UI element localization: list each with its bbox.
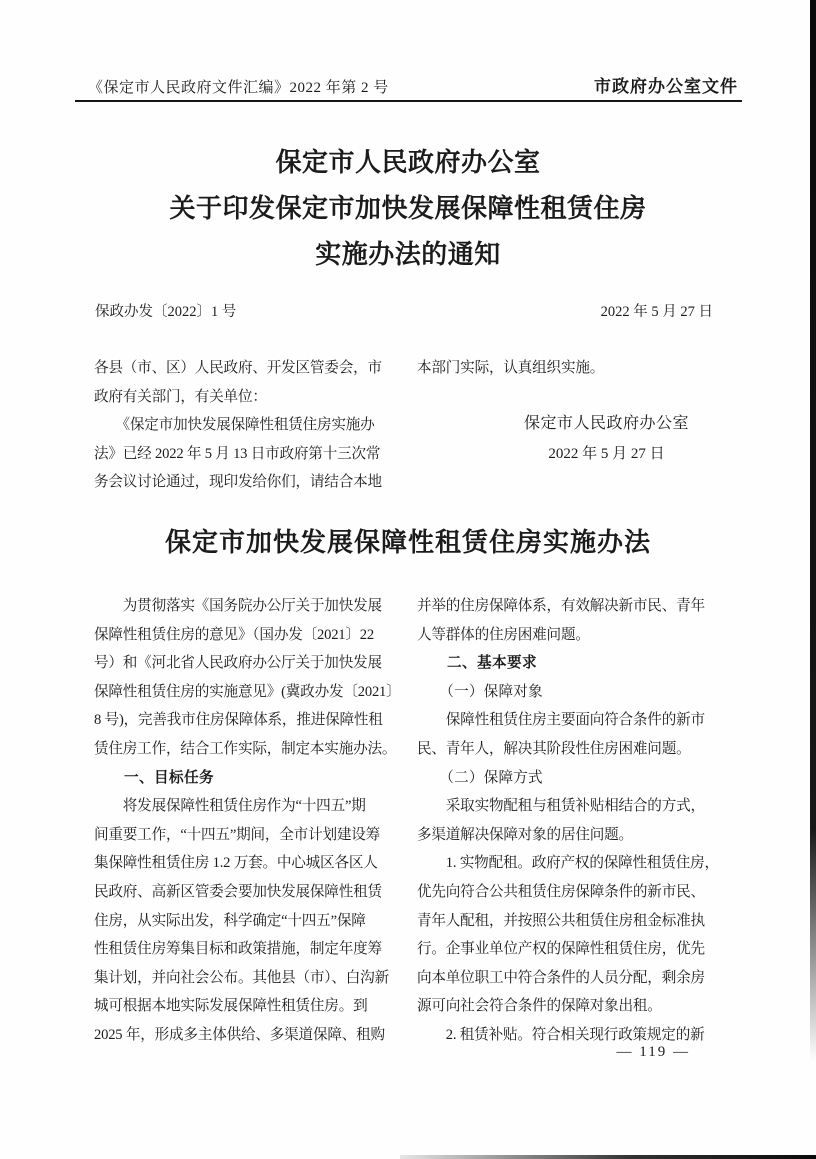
page-number: — 119 —	[617, 1044, 690, 1061]
text-line: 行。企事业单位产权的保障性租赁住房，优先	[417, 935, 723, 964]
compilation-volume-label: 《保定市人民政府文件汇编》2022 年第 2 号	[88, 76, 389, 97]
text-line: 1. 实物配租。政府产权的保障性租赁住房，	[417, 849, 723, 878]
text-line: 人等群体的住房困难问题。	[417, 621, 723, 650]
text-line: 各县（市、区）人民政府、开发区管委会，市	[94, 354, 400, 383]
text-line: 青年人配租，并按照公共租赁住房租金标准执	[417, 907, 723, 936]
measures-column-right: 并举的住房保障体系，有效解决新市民、青年人等群体的住房困难问题。 二、基本要求 …	[417, 592, 723, 1050]
text-line: 《保定市加快发展保障性租赁住房实施办	[94, 411, 400, 440]
scan-edge-artifact-right	[810, 0, 816, 1062]
text-line: 务会议讨论通过，现印发给你们，请结合本地	[94, 468, 400, 497]
text-line: 集计划，并向社会公布。其他县（市）、白沟新	[94, 964, 400, 993]
text-line: 2025 年，形成多主体供给、多渠道保障、租购	[94, 1021, 400, 1050]
text-line: 多渠道解决保障对象的居住问题。	[417, 821, 723, 850]
doc-date: 2022 年 5 月 27 日	[601, 300, 713, 321]
notice-column-left: 各县（市、区）人民政府、开发区管委会，市政府有关部门，有关单位： 《保定市加快发…	[94, 354, 400, 497]
text-line: 本部门实际，认真组织实施。	[417, 354, 723, 383]
text-line: 8 号)，完善我市住房保障体系，推进保障性租	[94, 706, 400, 735]
text-line: 并举的住房保障体系，有效解决新市民、青年	[417, 592, 723, 621]
text-line: 优先向符合公共租赁住房保障条件的新市民、	[417, 878, 723, 907]
page-header: 《保定市人民政府文件汇编》2022 年第 2 号 市政府办公室文件	[88, 72, 738, 97]
doc-number-row: 保政办发〔2022〕1 号 2022 年 5 月 27 日	[95, 300, 713, 321]
notice-body: 各县（市、区）人民政府、开发区管委会，市政府有关部门，有关单位： 《保定市加快发…	[94, 354, 723, 497]
text-line: 城可根据本地实际发展保障性租赁住房。到	[94, 992, 400, 1021]
text-line: （一）保障对象	[417, 678, 723, 707]
notice-title: 保定市人民政府办公室关于印发保定市加快发展保障性租赁住房实施办法的通知	[0, 140, 816, 278]
text-line: 民、青年人，解决其阶段性住房困难问题。	[417, 735, 723, 764]
scan-edge-artifact-bottom	[400, 1155, 816, 1159]
signature-block: 保定市人民政府办公室 2022 年 5 月 27 日	[524, 409, 689, 469]
text-line: 集保障性租赁住房 1.2 万套。中心城区各区人	[94, 849, 400, 878]
signature-org: 保定市人民政府办公室	[524, 409, 689, 439]
measures-body: 为贯彻落实《国务院办公厅关于加快发展保障性租赁住房的意见》（国办发〔2021〕2…	[94, 592, 723, 1050]
measures-column-left: 为贯彻落实《国务院办公厅关于加快发展保障性租赁住房的意见》（国办发〔2021〕2…	[94, 592, 400, 1050]
measures-title: 保定市加快发展保障性租赁住房实施办法	[0, 522, 816, 559]
text-line: 为贯彻落实《国务院办公厅关于加快发展	[94, 592, 400, 621]
text-line: 性租赁住房筹集目标和政策措施，制定年度筹	[94, 935, 400, 964]
scanned-document-page: 《保定市人民政府文件汇编》2022 年第 2 号 市政府办公室文件 保定市人民政…	[0, 0, 816, 1159]
text-line: 将发展保障性租赁住房作为“十四五”期	[94, 792, 400, 821]
notice-title-line: 保定市人民政府办公室	[0, 140, 816, 186]
notice-column-right: 本部门实际，认真组织实施。 保定市人民政府办公室 2022 年 5 月 27 日	[417, 354, 723, 497]
text-line: 间重要工作，“十四五”期间，全市计划建设筹	[94, 821, 400, 850]
text-line: 号）和《河北省人民政府办公厅关于加快发展	[94, 649, 400, 678]
document-category-label: 市政府办公室文件	[594, 72, 738, 97]
text-line: （二）保障方式	[417, 764, 723, 793]
text-line: 住房，从实际出发，科学确定“十四五”保障	[94, 907, 400, 936]
text-line: 法》已经 2022 年 5 月 13 日市政府第十三次常	[94, 440, 400, 469]
text-line: 赁住房工作，结合工作实际，制定本实施办法。	[94, 735, 400, 764]
text-line: 采取实物配租与租赁补贴相结合的方式，	[417, 792, 723, 821]
text-line: 一、目标任务	[94, 764, 400, 793]
text-line: 政府有关部门，有关单位：	[94, 383, 400, 412]
signature-date: 2022 年 5 月 27 日	[524, 439, 689, 469]
text-line: 二、基本要求	[417, 649, 723, 678]
text-line: 保障性租赁住房的意见》（国办发〔2021〕22	[94, 621, 400, 650]
text-line: 向本单位职工中符合条件的人员分配，剩余房	[417, 964, 723, 993]
notice-title-line: 实施办法的通知	[0, 232, 816, 278]
header-divider-rule	[75, 100, 742, 102]
text-line: 源可向社会符合条件的保障对象出租。	[417, 992, 723, 1021]
notice-title-line: 关于印发保定市加快发展保障性租赁住房	[0, 186, 816, 232]
text-line: 民政府、高新区管委会要加快发展保障性租赁	[94, 878, 400, 907]
text-line: 保障性租赁住房主要面向符合条件的新市	[417, 706, 723, 735]
doc-number: 保政办发〔2022〕1 号	[95, 300, 236, 321]
text-line: 保障性租赁住房的实施意见》(冀政办发〔2021〕	[94, 678, 400, 707]
